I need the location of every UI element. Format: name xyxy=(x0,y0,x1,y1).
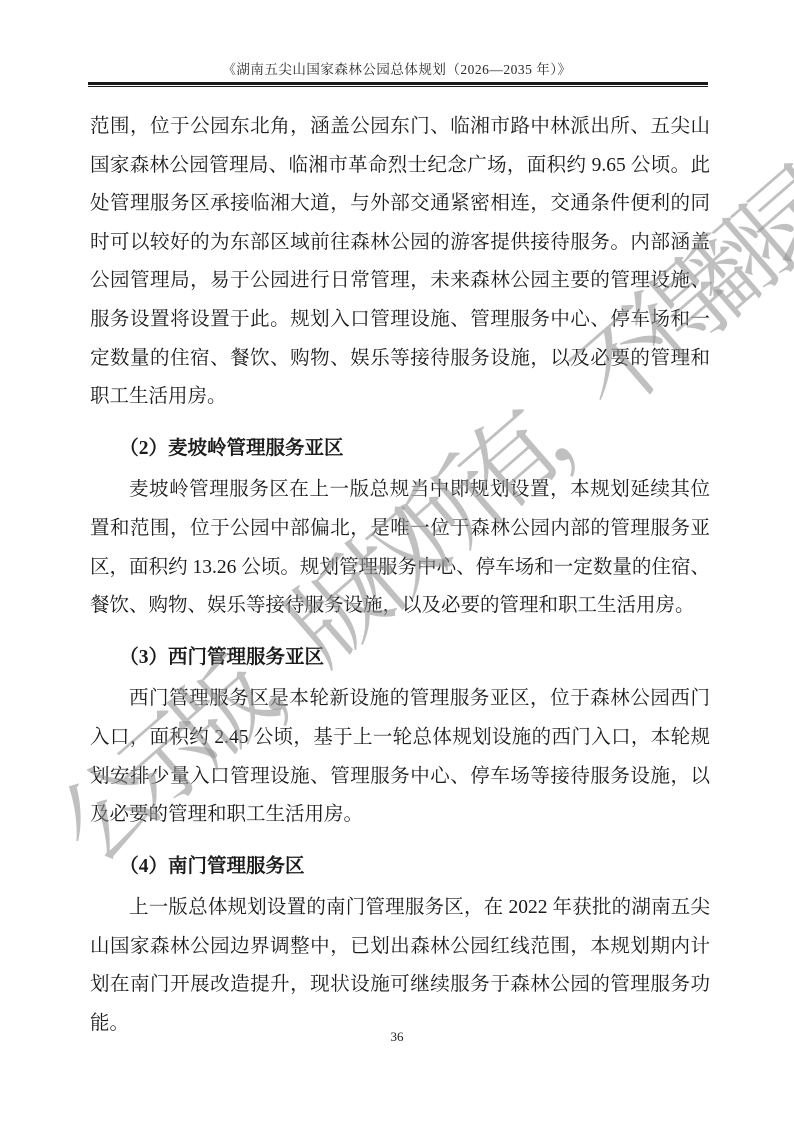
header-rule-thick-line xyxy=(88,82,708,85)
document-page: 《湖南五尖山国家森林公园总体规划（2026—2035 年）》 范围，位于公园东北… xyxy=(0,0,794,1122)
body-paragraph: 西门管理服务区是本轮新设施的管理服务亚区，位于森林公园西门入口，面积约 2.45… xyxy=(90,680,710,834)
document-body: 范围，位于公园东北角，涵盖公园东门、临湘市路中林派出所、五尖山国家森林公园管理局… xyxy=(90,108,710,1044)
page-number: 36 xyxy=(391,1029,404,1044)
body-paragraph: 范围，位于公园东北角，涵盖公园东门、临湘市路中林派出所、五尖山国家森林公园管理局… xyxy=(90,108,710,417)
section-heading: （2）麦坡岭管理服务亚区 xyxy=(90,430,710,469)
body-paragraph: 麦坡岭管理服务区在上一版总规当中即规划设置，本规划延续其位置和范围，位于公园中部… xyxy=(90,471,710,625)
section-heading: （4）南门管理服务区 xyxy=(90,848,710,887)
header-rule-thin-line xyxy=(88,86,708,87)
section-heading: （3）西门管理服务亚区 xyxy=(90,639,710,678)
running-header-title: 《湖南五尖山国家森林公园总体规划（2026—2035 年）》 xyxy=(0,58,794,78)
page-footer: 36 xyxy=(0,1029,794,1045)
body-paragraph: 上一版总体规划设置的南门管理服务区，在 2022 年获批的湖南五尖山国家森林公园… xyxy=(90,889,710,1043)
watermark-char: 录 xyxy=(729,157,794,282)
header-rule xyxy=(88,82,708,87)
